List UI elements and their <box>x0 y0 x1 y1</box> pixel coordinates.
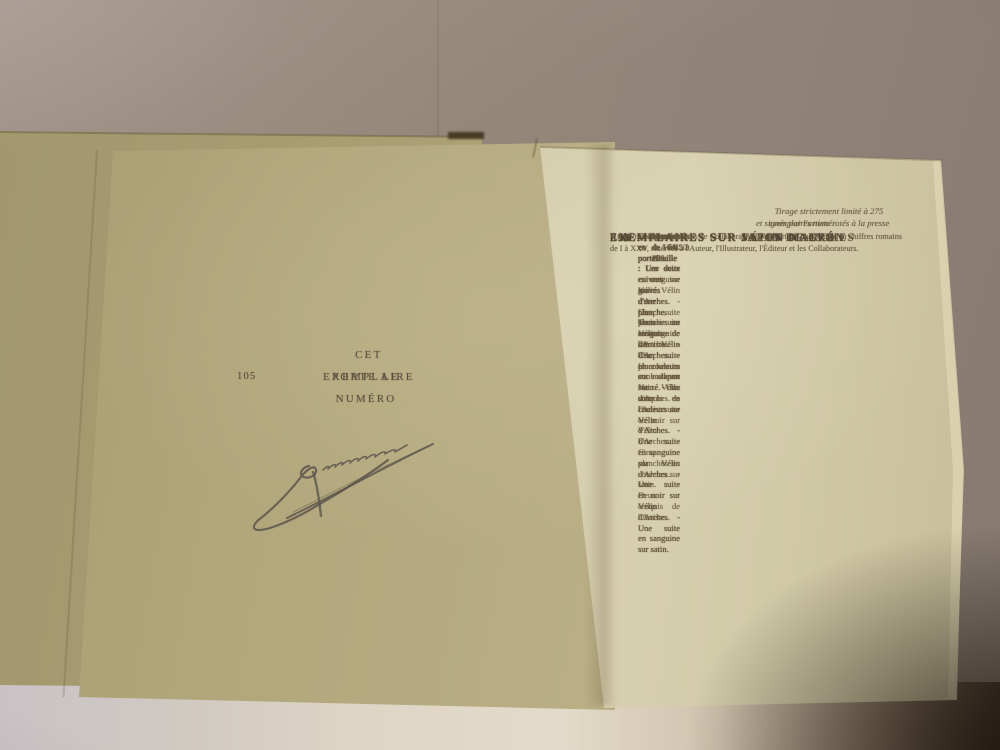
tirage-intro-line2: et signés par l'artiste : <box>756 217 835 229</box>
justification-du-tirage: Tirage strictement limité à 275 exemplai… <box>610 205 902 254</box>
limitation-line2: PORTE LE NUMÉRO <box>323 366 409 410</box>
limitation-statement: CET EXEMPLAIRE PORTE LE NUMÉRO 105 <box>237 344 409 366</box>
tirage-intro: Tirage strictement limité à 275 exemplai… <box>610 205 902 217</box>
copy-number: 105 <box>237 366 256 388</box>
photo-of-open-book: CET EXEMPLAIRE PORTE LE NUMÉRO 105 Tirag… <box>0 0 1000 750</box>
artist-signature-icon <box>233 420 483 560</box>
open-book: CET EXEMPLAIRE PORTE LE NUMÉRO 105 Tirag… <box>0 0 1000 750</box>
edition-numbering: Numérotés de 141 à 275. <box>638 231 689 263</box>
